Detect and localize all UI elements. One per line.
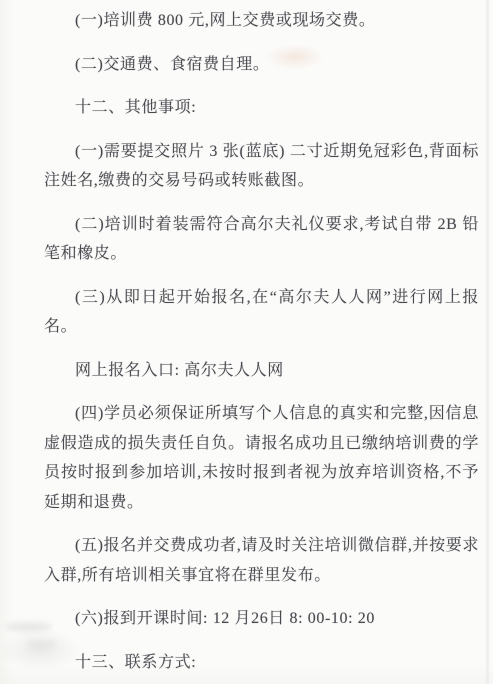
paragraph-info-accuracy: (四)学员必须保证所填写个人信息的真实和完整,因信息虚假造成的损失责任自负。请报…: [44, 399, 479, 517]
paragraph-dress-code: (二)培训时着装需符合高尔夫礼仪要求,考试自带 2B 铅笔和橡皮。: [44, 210, 479, 269]
document-body: (一)培训费 800 元,网上交费或现场交费。 (二)交通费、食宿费自理。 十二…: [44, 6, 479, 677]
paragraph-signup-portal: 网上报名入口: 高尔夫人人网: [44, 356, 479, 386]
heading-contact-info: 十三、联系方式:: [44, 648, 479, 678]
paragraph-transport-fee: (二)交通费、食宿费自理。: [44, 50, 479, 80]
paragraph-training-fee: (一)培训费 800 元,网上交费或现场交费。: [44, 6, 479, 36]
paragraph-wechat-group: (五)报名并交费成功者,请及时关注培训微信群,并按要求入群,所有培训相关事宜将在…: [44, 531, 479, 590]
heading-other-matters: 十二、其他事项:: [44, 93, 479, 123]
scan-streak-artifact: [486, 0, 489, 684]
paragraph-photo-requirement: (一)需要提交照片 3 张(蓝底) 二寸近期免冠彩色,背面标注姓名,缴费的交易号…: [44, 137, 479, 196]
paragraph-checkin-time: (六)报到开课时间: 12 月26日 8: 00-10: 20: [44, 604, 479, 634]
scanned-document-page: (一)培训费 800 元,网上交费或现场交费。 (二)交通费、食宿费自理。 十二…: [0, 0, 493, 684]
paragraph-registration: (三)从即日起开始报名,在“高尔夫人人网”进行网上报名。: [44, 283, 479, 342]
